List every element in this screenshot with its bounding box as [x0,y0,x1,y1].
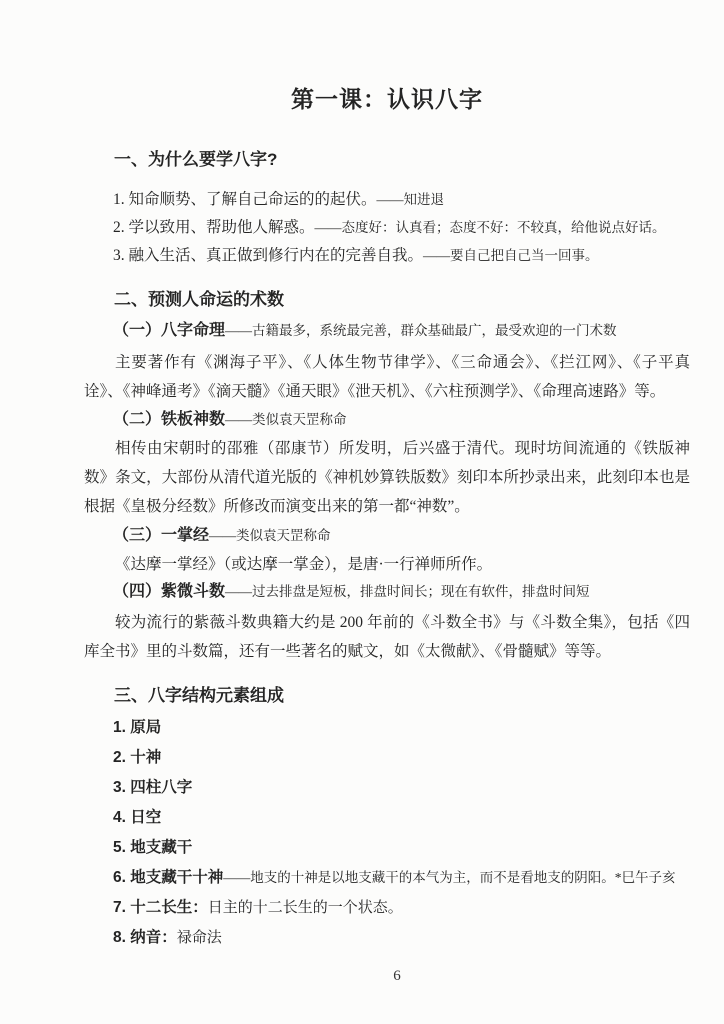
subsection-note: ——类似袁天罡称命 [209,528,331,543]
subsection-label: （一）八字命理 [113,322,225,339]
subsection-line: （四）紫微斗数——过去排盘是短板，排盘时间长；现在有软件，排盘时间短 [113,583,690,601]
section-3-list: 1. 原局 2. 十神 3. 四柱八字 4. 日空 5. 地支藏干 6. 地支藏… [113,713,690,953]
structure-item-label: 6. 地支藏干十神 [113,869,223,886]
section-bazi-structure: 三、八字结构元素组成 1. 原局 2. 十神 3. 四柱八字 4. 日空 5. … [84,666,690,953]
structure-item-label: 3. 四柱八字 [113,779,192,796]
paragraph: 《达摩一掌经》（或达摩一掌金），是唐·一行禅师所作。 [84,550,690,579]
structure-item: 4. 日空 [113,803,690,833]
structure-item: 1. 原局 [113,713,690,743]
section-2-heading: 二、预测人命运的术数 [114,290,690,309]
structure-item-label: 7. 十二长生： [113,899,208,916]
structure-item: 5. 地支藏干 [113,833,690,863]
list-item: 1. 知命顺势、了解自己命运的的起伏。——知进退 [113,186,690,214]
structure-item: 8. 纳音：禄命法 [113,923,690,953]
structure-item-label: 5. 地支藏干 [113,839,192,856]
structure-item: 2. 十神 [113,743,690,773]
structure-item: 6. 地支藏干十神——地支的十神是以地支藏干的本气为主，而不是看地支的阴阳。*巳… [113,863,690,893]
structure-item-label: 1. 原局 [113,719,161,736]
subsection-note: ——过去排盘是短板，排盘时间长；现在有软件，排盘时间短 [225,584,590,599]
structure-item-label: 4. 日空 [113,809,161,826]
structure-item-text: 禄命法 [177,930,222,946]
subsection-line: （二）铁板神数——类似袁天罡称命 [113,411,690,429]
subsection-label: （三）一掌经 [113,527,209,544]
list-item-text: 3. 融入生活、真正做到修行内在的完善自我。 [113,247,423,264]
page-title: 第一课：认识八字 [84,84,690,114]
document-page: 第一课：认识八字 一、为什么要学八字? 1. 知命顺势、了解自己命运的的起伏。—… [0,0,724,1024]
structure-item-label: 8. 纳音： [113,929,177,946]
structure-item-text: 日主的十二长生的一个状态。 [208,900,403,916]
page-content: 第一课：认识八字 一、为什么要学八字? 1. 知命顺势、了解自己命运的的起伏。—… [0,84,724,985]
subsection-line: （三）一掌经——类似袁天罡称命 [113,527,690,545]
section-1-list: 1. 知命顺势、了解自己命运的的起伏。——知进退 2. 学以致用、帮助他人解惑。… [113,186,690,270]
section-why-learn-bazi: 一、为什么要学八字? 1. 知命顺势、了解自己命运的的起伏。——知进退 2. 学… [84,114,690,270]
list-item-note: ——要自己把自己当一回事。 [423,248,599,263]
paragraph: 主要著作有《渊海子平》、《人体生物节律学》、《三命通会》、《拦江网》、《子平真诠… [84,348,690,406]
page-number: 6 [393,968,401,984]
subsection-label: （二）铁板神数 [113,411,225,428]
list-item: 3. 融入生活、真正做到修行内在的完善自我。——要自己把自己当一回事。 [113,242,690,270]
subsection-line: （一）八字命理——古籍最多，系统最完善，群众基础最广，最受欢迎的一门术数 [113,322,690,340]
structure-item: 7. 十二长生：日主的十二长生的一个状态。 [113,893,690,923]
list-item-note: ——态度好：认真看；态度不好：不较真，给他说点好话。 [315,220,666,235]
list-item-text: 2. 学以致用、帮助他人解惑。 [113,219,315,236]
structure-item-label: 2. 十神 [113,749,161,766]
section-1-heading: 一、为什么要学八字? [114,150,690,169]
subsection-note: ——古籍最多，系统最完善，群众基础最广，最受欢迎的一门术数 [225,323,617,338]
list-item: 2. 学以致用、帮助他人解惑。——态度好：认真看；态度不好：不较真，给他说点好话… [113,214,690,242]
subsection-note: ——类似袁天罡称命 [225,412,347,427]
list-item-text: 1. 知命顺势、了解自己命运的的起伏。 [113,191,377,208]
paragraph: 较为流行的紫薇斗数典籍大约是 200 年前的《斗数全书》与《斗数全集》，包括《四… [84,608,690,666]
subsection-label: （四）紫微斗数 [113,583,225,600]
paragraph: 相传由宋朝时的邵雅（邵康节）所发明，后兴盛于清代。现时坊间流通的《铁版神数》条文… [84,434,690,521]
structure-item-note: ——地支的十神是以地支藏干的本气为主，而不是看地支的阴阳。*巳午子亥 [223,870,675,885]
list-item-note: ——知进退 [377,192,445,207]
section-fortune-telling-arts: 二、预测人命运的术数 （一）八字命理——古籍最多，系统最完善，群众基础最广，最受… [84,270,690,666]
page-footer: 6 [94,967,700,985]
structure-item: 3. 四柱八字 [113,773,690,803]
section-3-heading: 三、八字结构元素组成 [114,686,690,705]
